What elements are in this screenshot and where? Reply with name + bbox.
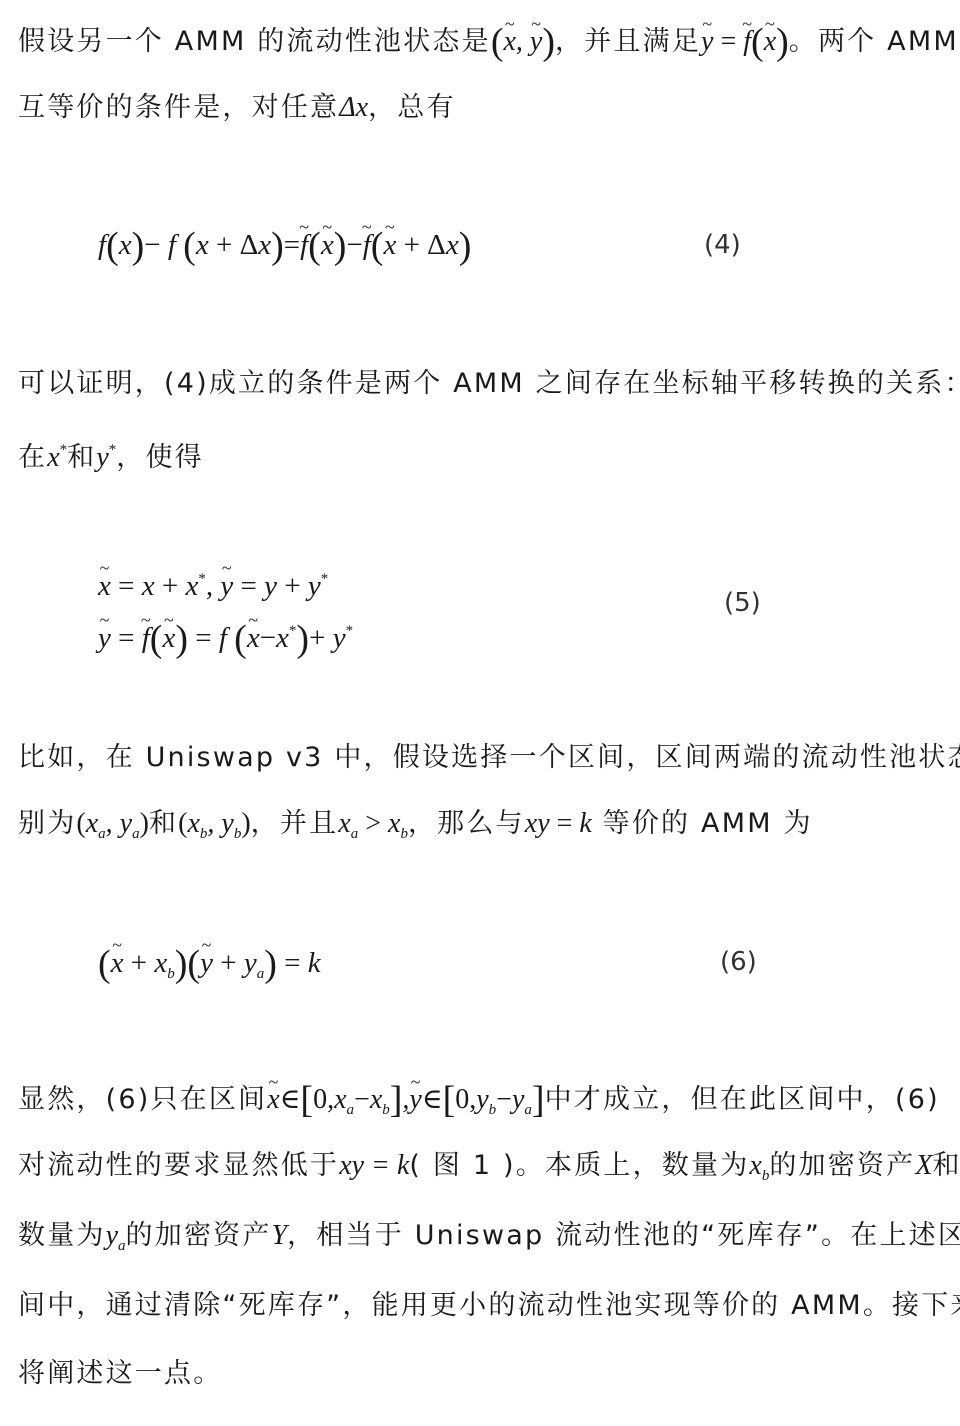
text: ，相当于 Uniswap 流动性池的“死库存”。在上述区 [287,1220,960,1251]
equation-5-line-2: y = f(x) = f (x−x*)+ y* [98,612,353,658]
text: 和 [67,442,96,473]
paragraph-4-line-3: 数量为ya的加密资产Y，相当于 Uniswap 流动性池的“死库存”。在上述区 [18,1216,930,1266]
text: 中才成立，但在此区间中，(6) [545,1084,940,1115]
math-delta-x: Δx [339,92,368,123]
paragraph-3-line-2: 别为(xa, ya)和(xb, yb)，并且xa > xb，那么与xy = k … [18,804,930,854]
text: ，总有 [368,92,456,123]
text: ，那么与 [408,808,525,839]
text: 在 [18,442,47,473]
text: ，使得 [116,442,204,473]
paragraph-4-line-4: 间中，通过清除“死库存”，能用更小的流动性池实现等价的 AMM。接下来 [18,1286,930,1326]
math-ya: ya [106,1220,126,1251]
text: 和 [932,1150,960,1181]
paragraph-1-line-1: 假设另一个 AMM 的流动性池状态是(x, y)，并且满足y = f(x)。两个… [18,22,930,62]
equation-6: (x + xb)(y + ya) = k [98,944,321,993]
math-asset-x: X [915,1150,932,1181]
math-pool-state: (x, y) [491,26,555,57]
text: 假设另一个 AMM 的流动性池状态是 [18,26,491,57]
text: 互等价的条件是，对任意 [18,92,339,123]
paragraph-3-line-1: 比如，在 Uniswap v3 中，假设选择一个区间，区间两端的流动性池状态分 [18,738,930,778]
paragraph-2-line-2: 在x*和y*，使得 [18,430,930,478]
paragraph-2-line-1: 可以证明，(4)成立的条件是两个 AMM 之间存在坐标轴平移转换的关系：存 [18,364,930,404]
text: 对流动性的要求显然低于 [18,1150,339,1181]
paragraph-1-line-2: 互等价的条件是，对任意Δx，总有 [18,88,930,128]
math-xyk: xy = k [339,1150,409,1181]
text: 。本质上，数量为 [516,1150,750,1181]
equation-number-6: (6) [720,947,757,977]
text: 。两个 AMM 相 [789,26,960,57]
equation-number-4: (4) [704,230,741,260]
text: 的加密资产 [769,1150,915,1181]
paragraph-4-line-2: 对流动性的要求显然低于xy = k( 图 1 )。本质上，数量为xb的加密资产X… [18,1146,930,1196]
math-y-star: y* [96,442,116,473]
paragraph-4-line-1: 显然，(6)只在区间x∈[0,xa−xb],y∈[0,yb−ya]中才成立，但在… [18,1080,930,1130]
math-xb: xb [749,1150,769,1181]
math-condition: xa > xb [338,808,408,839]
math-relation: y = f(x) [701,26,789,57]
equation-4: f(x)− f (x + Δx)=f(x)−f(x + Δx) [98,226,471,265]
math-range: x∈[0,xa−xb],y∈[0,yb−ya] [267,1084,544,1115]
text: 显然，(6)只在区间 [18,1084,267,1115]
paragraph-4-line-5: 将阐述这一点。 [18,1354,930,1394]
math-x-star: x* [47,442,67,473]
text: 和 [149,808,178,839]
math-point-b: (xb, yb) [178,808,251,839]
text: ，并且满足 [555,26,701,57]
text: 别为 [18,808,76,839]
text: 的加密资产 [126,1220,272,1251]
equation-number-5: (5) [724,588,761,618]
text: 等价的 AMM 为 [603,808,813,839]
math-xyk: xy = k [525,808,592,839]
text: ，并且 [251,808,339,839]
figure-reference: ( 图 1 ) [409,1150,515,1181]
equation-5-line-1: x = x + x*, y = y + y* [98,560,328,605]
text: 数量为 [18,1220,106,1251]
math-asset-y: Y [272,1220,288,1251]
math-point-a: (xa, ya) [76,808,149,839]
